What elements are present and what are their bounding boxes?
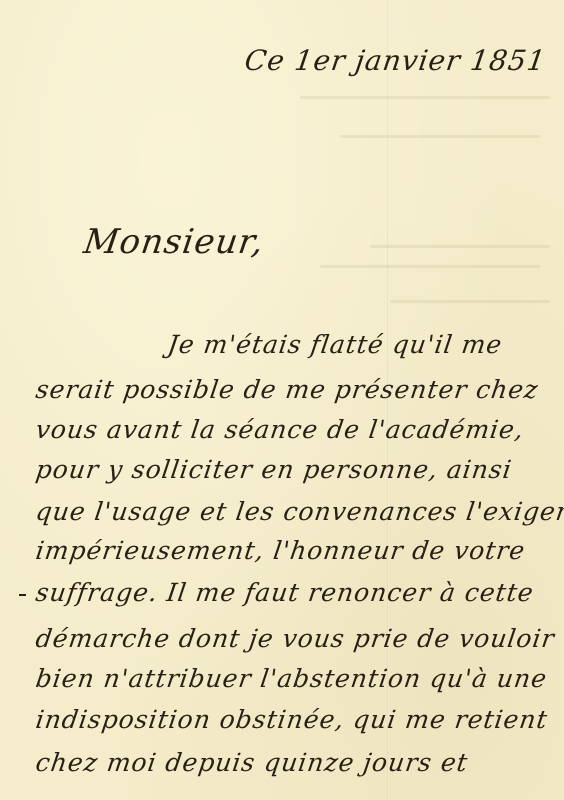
letter-line: démarche dont je vous prie de vouloir xyxy=(34,624,557,653)
letter-line: indisposition obstinée, qui me retient xyxy=(34,705,550,734)
letter-salutation: Monsieur, xyxy=(81,222,266,262)
letter-line: serait possible de me présenter chez xyxy=(34,375,540,404)
letter-line: que l'usage et les convenances l'exigent xyxy=(34,497,564,526)
margin-mark xyxy=(19,594,26,596)
letter-line: impérieusement, l'honneur de votre xyxy=(34,536,527,565)
bleed-through-mark xyxy=(370,245,550,248)
bleed-through-mark xyxy=(320,265,540,268)
letter-line: suffrage. Il me faut renoncer à cette xyxy=(34,578,536,607)
letter-date: Ce 1er janvier 1851 xyxy=(243,44,548,77)
letter-line: Je m'étais flatté qu'il me xyxy=(166,330,504,359)
letter-line: chez moi depuis quinze jours et xyxy=(34,748,470,777)
bleed-through-mark xyxy=(300,96,550,99)
letter-line: pour y solliciter en personne, ainsi xyxy=(34,455,514,484)
bleed-through-mark xyxy=(390,300,550,303)
letter-line: vous avant la séance de l'académie, xyxy=(34,415,526,444)
letter-line: bien n'attribuer l'abstention qu'à une xyxy=(34,664,549,693)
bleed-through-mark xyxy=(340,135,540,138)
